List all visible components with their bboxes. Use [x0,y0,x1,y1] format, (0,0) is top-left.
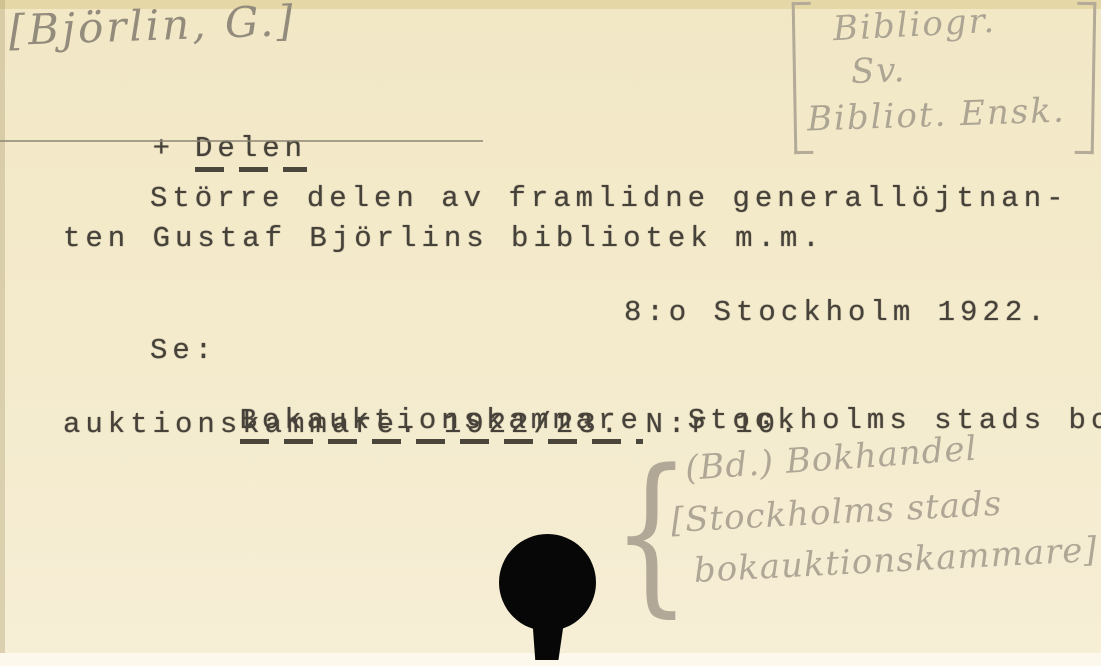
classification-line-2: Sv. [850,53,906,89]
pencil-note-line-3: bokauktionskammare] [693,533,1098,588]
description-line-2: ten Gustaf Björlins bibliotek m.m. [63,223,825,255]
imprint-line: 8:o Stockholm 1922. [624,297,1050,329]
card-left-edge [0,0,5,666]
plus-mark: + [153,132,175,165]
pencil-note-line-2: [Stockholms stads [670,487,1003,538]
annotation-classification-block: Bibliogr. Sv. Bibliot. Ensk. [793,2,1095,154]
reference-line-2: auktionskammare. 1922/23. N:r 10. [63,409,802,441]
description-line-1: Större delen av framlidne generallöjtnan… [150,183,1069,215]
classification-line-3: Bibliot. Ensk. [806,93,1066,136]
classification-line-1: Bibliogr. [832,4,996,46]
title-word: Delen [195,132,307,172]
see-reference-label: Se: [150,335,217,367]
catalog-card: [Björlin, G.] Bibliogr. Sv. Bibliot. Ens… [0,0,1101,666]
right-bracket-mark [1075,2,1097,154]
annotation-author-heading: [Björlin, G.] [8,0,296,52]
horizontal-rule [0,140,483,142]
